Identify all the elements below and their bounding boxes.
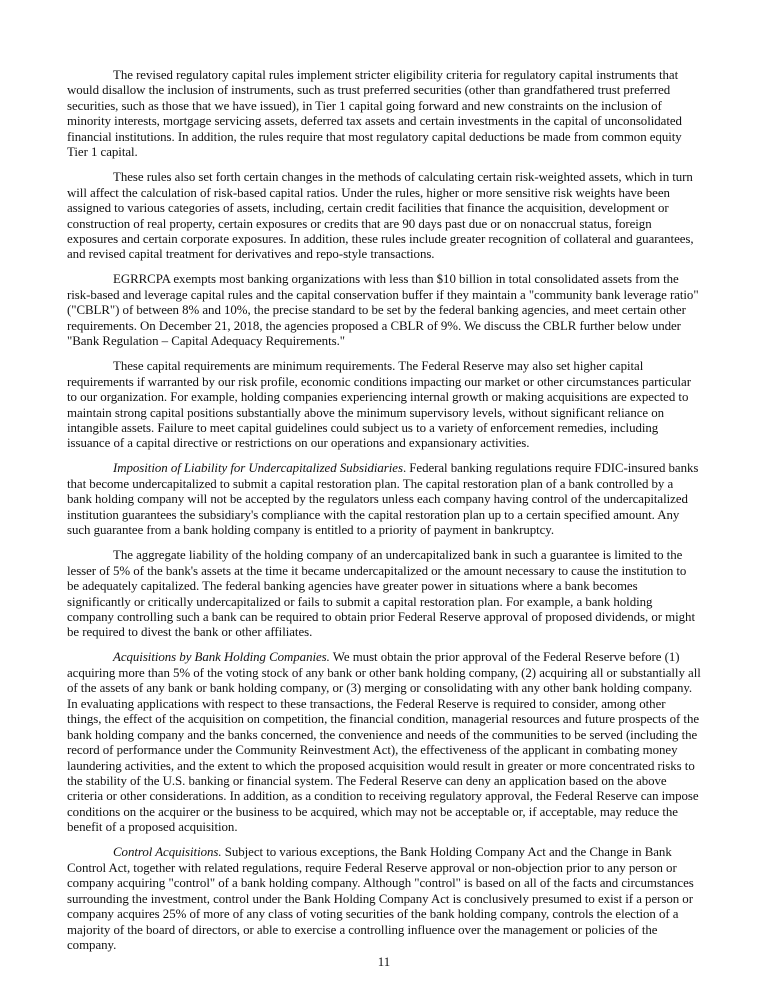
paragraph-text: These capital requirements are minimum r…	[67, 359, 691, 450]
paragraph-text: EGRRCPA exempts most banking organizatio…	[67, 272, 699, 348]
document-page: The revised regulatory capital rules imp…	[67, 68, 701, 963]
paragraph-minimum-requirements: These capital requirements are minimum r…	[67, 359, 701, 452]
paragraph-risk-weighted-assets: These rules also set forth certain chang…	[67, 170, 701, 263]
section-heading: Imposition of Liability for Undercapital…	[113, 461, 403, 475]
section-heading: Control Acquisitions.	[113, 845, 222, 859]
paragraph-egrrcpa-cblr: EGRRCPA exempts most banking organizatio…	[67, 272, 701, 349]
paragraph-aggregate-liability: The aggregate liability of the holding c…	[67, 548, 701, 641]
paragraph-text: The aggregate liability of the holding c…	[67, 548, 695, 639]
paragraph-control-acquisitions: Control Acquisitions. Subject to various…	[67, 845, 701, 953]
section-heading: Acquisitions by Bank Holding Companies.	[113, 650, 330, 664]
paragraph-text: We must obtain the prior approval of the…	[67, 650, 701, 834]
paragraph-text: The revised regulatory capital rules imp…	[67, 68, 682, 159]
paragraph-text: These rules also set forth certain chang…	[67, 170, 694, 261]
page-number: 11	[0, 955, 768, 970]
paragraph-undercapitalized-subsidiaries: Imposition of Liability for Undercapital…	[67, 461, 701, 538]
paragraph-text: Subject to various exceptions, the Bank …	[67, 845, 694, 952]
paragraph-revised-capital-rules: The revised regulatory capital rules imp…	[67, 68, 701, 161]
paragraph-acquisitions-bhc: Acquisitions by Bank Holding Companies. …	[67, 650, 701, 835]
